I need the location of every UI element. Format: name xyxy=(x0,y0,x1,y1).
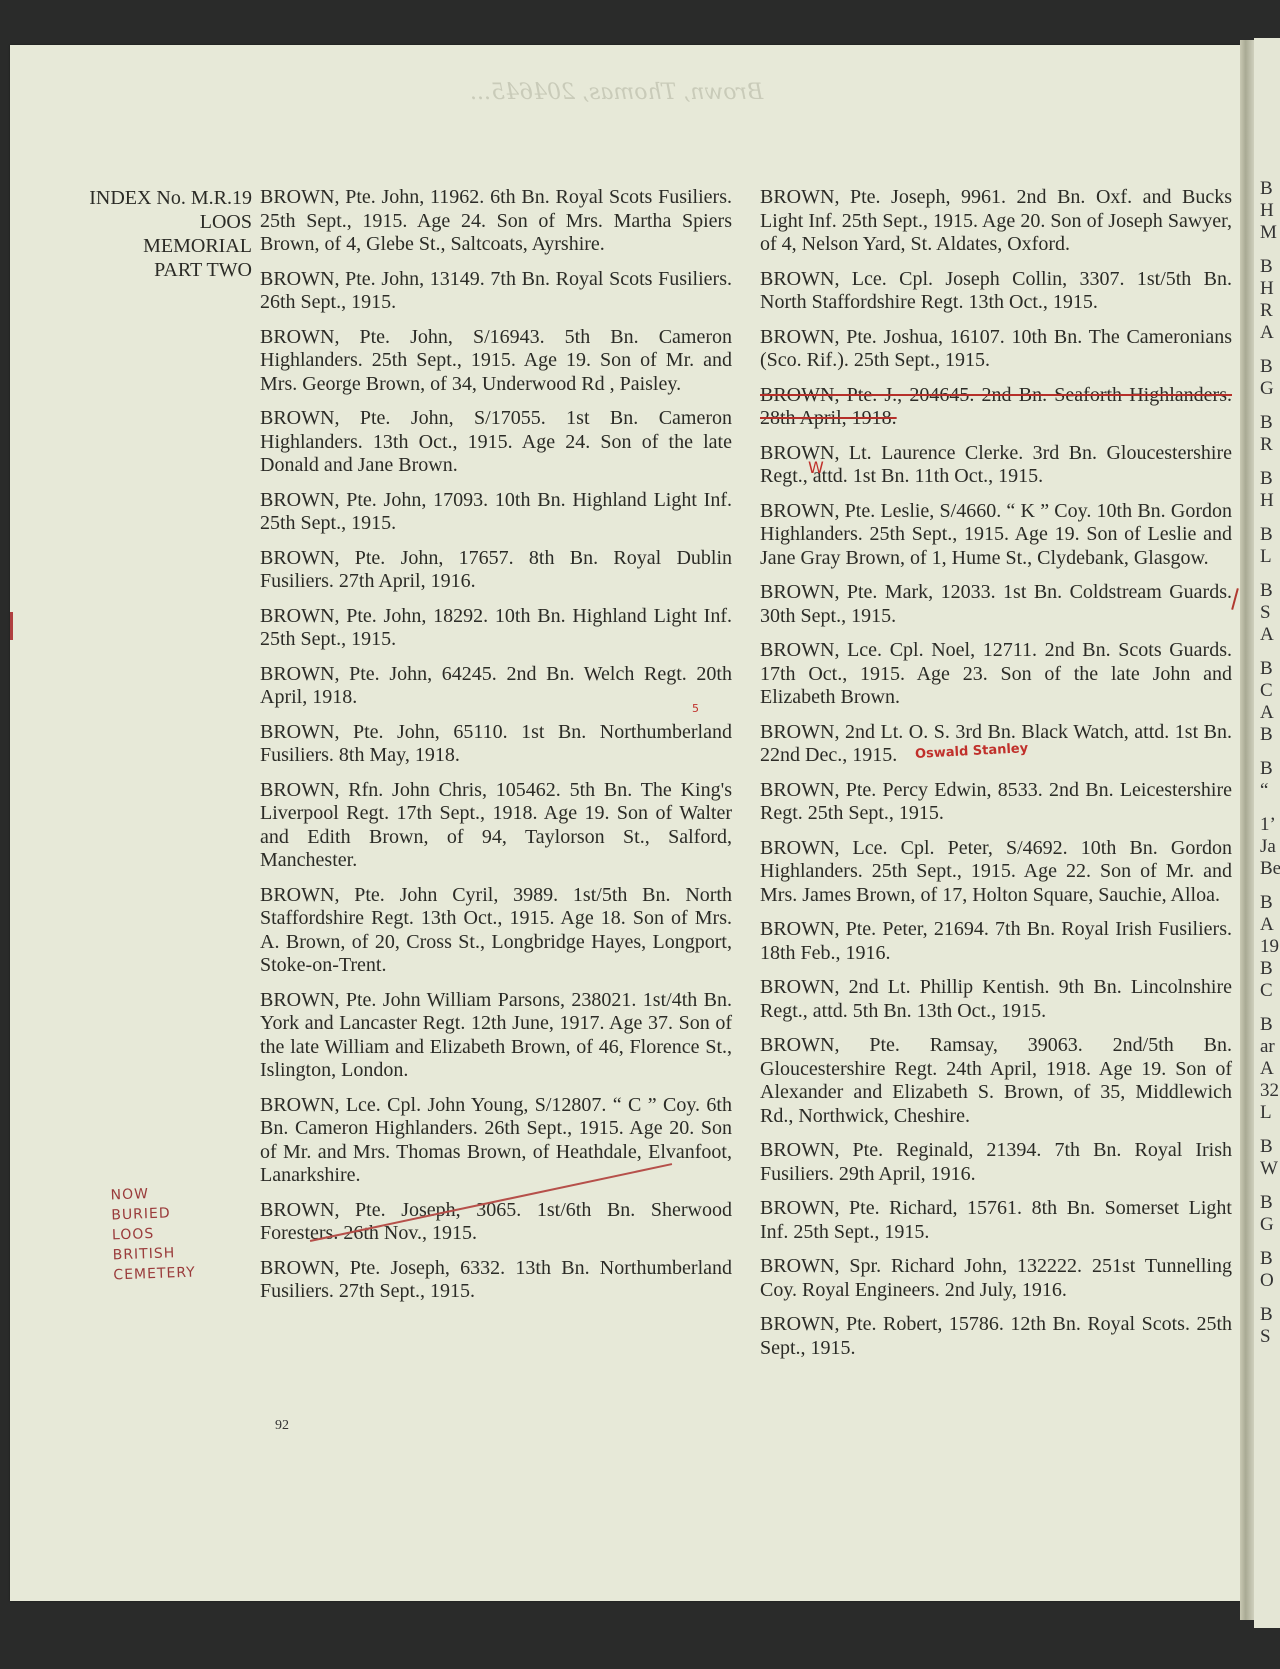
index-sidehead: INDEX No. M.R.19 LOOS MEMORIAL PART TWO xyxy=(40,186,252,282)
facing-page-fragment: G xyxy=(1254,378,1280,400)
register-entry: BROWN, Lt. Laurence Clerke. 3rd Bn. Glou… xyxy=(760,442,1232,489)
register-entry: BROWN, Pte. Joseph, 3065. 1st/6th Bn. Sh… xyxy=(260,1199,732,1246)
facing-page-fragment: B xyxy=(1254,724,1280,746)
facing-page-fragment: Be xyxy=(1254,858,1280,880)
facing-page-fragment xyxy=(1254,344,1280,356)
register-entry: BROWN, Pte. Leslie, S/4660. “ K ” Coy. 1… xyxy=(760,500,1232,571)
register-entry: BROWN, Pte. Percy Edwin, 8533. 2nd Bn. L… xyxy=(760,779,1232,826)
facing-page-fragment: A xyxy=(1254,914,1280,936)
memorial-label: MEMORIAL xyxy=(40,234,252,258)
facing-page-fragment xyxy=(1254,1236,1280,1248)
facing-page-fragment: B xyxy=(1254,468,1280,490)
margin-note-line: CEMETERY xyxy=(113,1263,196,1286)
facing-page-fragment: “ xyxy=(1254,780,1280,802)
facing-page-fragment xyxy=(1254,1292,1280,1304)
facing-page-fragment xyxy=(1254,400,1280,412)
laurence-correction-mark: W xyxy=(808,458,824,477)
facing-page-fragment xyxy=(1254,456,1280,468)
facing-page-fragment: B xyxy=(1254,1192,1280,1214)
facing-page-fragment: R xyxy=(1254,300,1280,322)
register-entry: BROWN, Pte. John, S/17055. 1st Bn. Camer… xyxy=(260,407,732,478)
facing-page-fragment: L xyxy=(1254,1102,1280,1124)
facing-page-fragment: Ja xyxy=(1254,836,1280,858)
book-gutter xyxy=(1240,40,1254,1620)
facing-page-fragment: R xyxy=(1254,434,1280,456)
facing-page-fragment: B xyxy=(1254,178,1280,200)
register-entry: BROWN, Pte. John, S/16943. 5th Bn. Camer… xyxy=(260,326,732,397)
register-entry: BROWN, Rfn. John Chris, 105462. 5th Bn. … xyxy=(260,779,732,873)
facing-page-fragment: A xyxy=(1254,624,1280,646)
facing-page-fragment: S xyxy=(1254,602,1280,624)
facing-page-fragment: B xyxy=(1254,524,1280,546)
facing-page-fragment xyxy=(1254,1002,1280,1014)
facing-page-fragment xyxy=(1254,802,1280,814)
register-entry: BROWN, Pte. John, 11962. 6th Bn. Royal S… xyxy=(260,186,732,257)
register-entry: BROWN, Pte. Peter, 21694. 7th Bn. Royal … xyxy=(760,918,1232,965)
memorial-place: LOOS xyxy=(40,210,252,234)
facing-page-fragment: B xyxy=(1254,256,1280,278)
register-entry: BROWN, Pte. John, 65110. 1st Bn. North­u… xyxy=(260,721,732,768)
facing-page-fragment: C xyxy=(1254,680,1280,702)
register-entry: BROWN, Pte. Robert, 15786. 12th Bn. Roya… xyxy=(760,1313,1232,1360)
register-entry: BROWN, Pte. Mark, 12033. 1st Bn. Coldstr… xyxy=(760,581,1232,628)
index-number: INDEX No. M.R.19 xyxy=(40,186,252,210)
show-through-handwriting: Brown, Thomas, 204645... xyxy=(470,80,763,105)
welch-correction-mark: 5 xyxy=(692,702,699,715)
register-entry: BROWN, Pte. Richard, 15761. 8th Bn. Some… xyxy=(760,1197,1232,1244)
register-entry: BROWN, Pte. Reginald, 21394. 7th Bn. Roy… xyxy=(760,1139,1232,1186)
facing-page-fragment: A xyxy=(1254,1058,1280,1080)
facing-page-fragment: B xyxy=(1254,1248,1280,1270)
right-column: BROWN, Pte. Joseph, 9961. 2nd Bn. Oxf. a… xyxy=(760,186,1232,1371)
facing-page-fragment: B xyxy=(1254,892,1280,914)
facing-page-fragment: L xyxy=(1254,546,1280,568)
facing-page-fragment: B xyxy=(1254,1136,1280,1158)
facing-page-fragment: G xyxy=(1254,1214,1280,1236)
facing-page-fragment: H xyxy=(1254,278,1280,300)
register-entry: BROWN, Lce. Cpl. Noel, 12711. 2nd Bn. Sc… xyxy=(760,639,1232,710)
red-edge-mark xyxy=(10,612,13,640)
facing-page-fragment: 19 xyxy=(1254,936,1280,958)
facing-page-fragment xyxy=(1254,646,1280,658)
facing-page-fragment xyxy=(1254,1124,1280,1136)
facing-page-fragment: S xyxy=(1254,1326,1280,1348)
register-entry: BROWN, Pte. John, 18292. 10th Bn. Highla… xyxy=(260,605,732,652)
register-entry: BROWN, Pte. Joseph, 6332. 13th Bn. North… xyxy=(260,1257,732,1304)
register-entry: BROWN, Pte. John William Parsons, 238021… xyxy=(260,989,732,1083)
facing-page-fragment xyxy=(1254,880,1280,892)
facing-page-fragment: B xyxy=(1254,356,1280,378)
facing-page-fragment: ar xyxy=(1254,1036,1280,1058)
facing-page-fragment: 32 xyxy=(1254,1080,1280,1102)
register-entry: BROWN, 2nd Lt. Phillip Kentish. 9th Bn. … xyxy=(760,976,1232,1023)
facing-page-fragment: C xyxy=(1254,980,1280,1002)
facing-page-fragment: B xyxy=(1254,412,1280,434)
register-entry: BROWN, Pte. John, 17657. 8th Bn. Royal D… xyxy=(260,547,732,594)
facing-page-fragment xyxy=(1254,568,1280,580)
register-entry: BROWN, Pte. John, 13149. 7th Bn. Royal S… xyxy=(260,268,732,315)
register-entry: BROWN, Lce. Cpl. John Young, S/12807. “ … xyxy=(260,1094,732,1188)
facing-page-fragment: B xyxy=(1254,580,1280,602)
register-entry: BROWN, Pte. Ramsay, 39063. 2nd/5th Bn. G… xyxy=(760,1034,1232,1128)
facing-page-fragment: M xyxy=(1254,222,1280,244)
facing-page-fragment: B xyxy=(1254,658,1280,680)
register-entry: BROWN, Pte. John Cyril, 3989. 1st/5th Bn… xyxy=(260,884,732,978)
register-entry: BROWN, Spr. Richard John, 132222. 251st … xyxy=(760,1255,1232,1302)
facing-page-fragment: B xyxy=(1254,958,1280,980)
left-column: BROWN, Pte. John, 11962. 6th Bn. Royal S… xyxy=(260,186,732,1315)
facing-page-fragment: W xyxy=(1254,1158,1280,1180)
facing-page-fragment: H xyxy=(1254,490,1280,512)
facing-page-fragment: A xyxy=(1254,322,1280,344)
facing-page-fragment: B xyxy=(1254,1014,1280,1036)
facing-page-fragment xyxy=(1254,512,1280,524)
register-entry: BROWN, Pte. Joshua, 16107. 10th Bn. The … xyxy=(760,326,1232,373)
facing-page-fragment: O xyxy=(1254,1270,1280,1292)
register-entry: BROWN, Pte. Joseph, 9961. 2nd Bn. Oxf. a… xyxy=(760,186,1232,257)
struck-entry: BROWN, Pte. J., 204645. 2nd Bn. Seaforth… xyxy=(760,384,1232,431)
register-entry: BROWN, Pte. John, 64245. 2nd Bn. Welch R… xyxy=(260,663,732,710)
facing-page-fragment xyxy=(1254,244,1280,256)
margin-annotation: NOWBURIEDLOOSBRITISHCEMETERY xyxy=(110,1183,196,1286)
facing-page-fragment: 1’ xyxy=(1254,814,1280,836)
register-entry: BROWN, Lce. Cpl. Peter, S/4692. 10th Bn.… xyxy=(760,837,1232,908)
facing-page-fragment xyxy=(1254,746,1280,758)
facing-page-fragment: B xyxy=(1254,1304,1280,1326)
register-entry: BROWN, Pte. John, 17093. 10th Bn. Highla… xyxy=(260,489,732,536)
facing-page-fragment: B xyxy=(1254,758,1280,780)
facing-page-edge: BHMBHRABGBRBHBLBSABCABB“1’JaBeBA19BCBarA… xyxy=(1254,38,1280,1628)
register-entry: BROWN, Lce. Cpl. Joseph Collin, 3307. 1s… xyxy=(760,268,1232,315)
facing-page-fragment: A xyxy=(1254,702,1280,724)
facing-page-fragment: H xyxy=(1254,200,1280,222)
page-number: 92 xyxy=(275,1418,289,1434)
facing-page-fragment xyxy=(1254,1180,1280,1192)
part-label: PART TWO xyxy=(40,258,252,282)
